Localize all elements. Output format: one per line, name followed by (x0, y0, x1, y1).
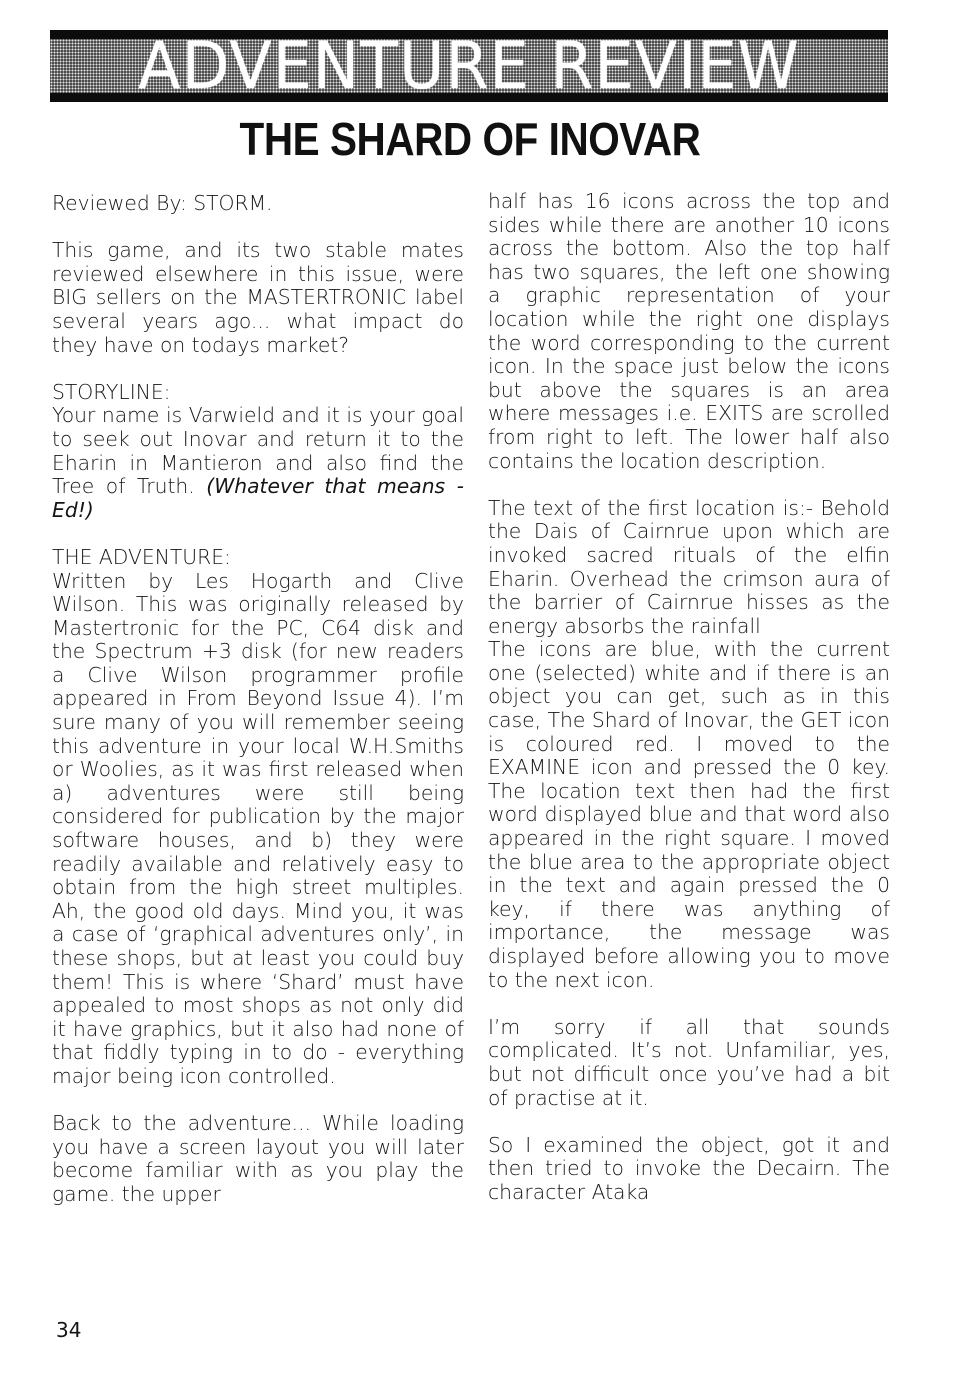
adventure-section: THE ADVENTURE: Written by Les Hogarth an… (52, 546, 464, 1089)
sorry-paragraph: I’m sorry if all that sounds complicated… (488, 1016, 890, 1110)
adventure-heading: THE ADVENTURE: (52, 546, 464, 570)
section-banner: ADVENTURE REVIEW (50, 30, 888, 102)
back-to-adventure-paragraph-end: half has 16 icons across the top and sid… (488, 190, 890, 473)
section-banner-label: ADVENTURE REVIEW (50, 38, 888, 95)
adventure-body: Written by Les Hogarth and Clive Wilson.… (52, 569, 464, 1088)
column-right: half has 16 icons across the top and sid… (488, 190, 890, 1205)
storyline-heading: STORYLINE: (52, 381, 464, 405)
page-number: 34 (56, 1318, 81, 1342)
back-to-adventure-paragraph-start: Back to the adventure... While loading y… (52, 1112, 464, 1206)
intro-paragraph: This game, and its two stable mates revi… (52, 239, 464, 357)
byline: Reviewed By: STORM. (52, 192, 464, 216)
first-location-paragraph: The text of the first location is:- Beho… (488, 497, 890, 639)
icons-paragraph: The icons are blue, with the current one… (488, 638, 890, 992)
examined-paragraph: So I examined the object, got it and the… (488, 1134, 890, 1205)
column-left: Reviewed By: STORM. This game, and its t… (52, 192, 464, 1207)
storyline-section: STORYLINE: Your name is Varwield and it … (52, 381, 464, 523)
article-title: THE SHARD OF INOVAR (56, 112, 883, 166)
